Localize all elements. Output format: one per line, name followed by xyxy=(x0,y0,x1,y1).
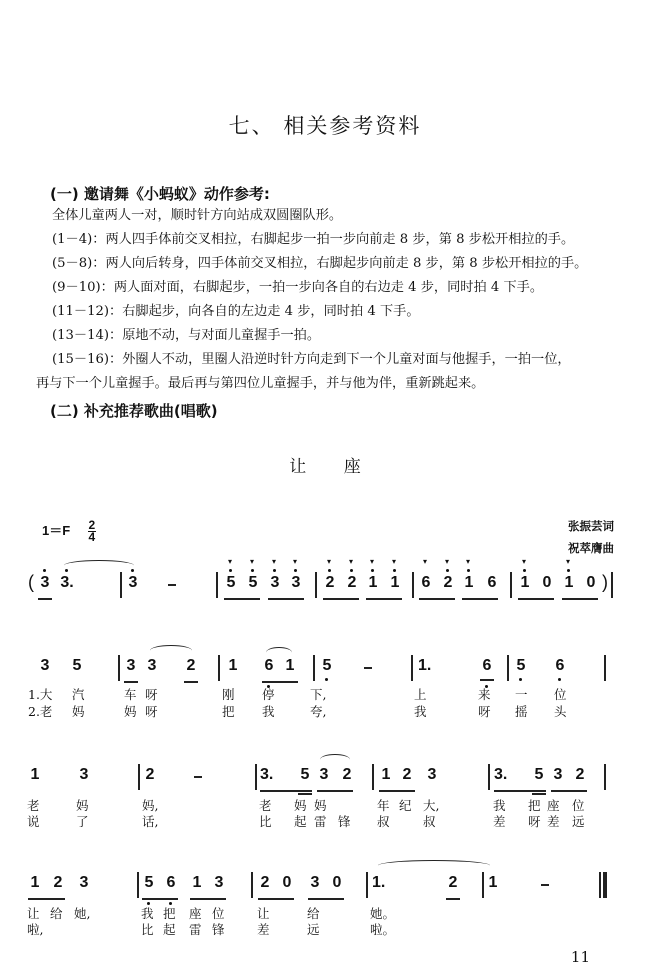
lyric: 我 xyxy=(414,702,427,720)
section-heading-song: (二) 补充推荐歌曲(唱歌) xyxy=(50,400,218,421)
lyric: 叔 xyxy=(423,812,436,830)
lyric: 呀 xyxy=(528,812,541,830)
underline xyxy=(366,598,402,600)
underline xyxy=(184,681,198,683)
note: 3 xyxy=(308,874,322,892)
barline xyxy=(510,572,512,598)
barline xyxy=(411,655,413,681)
final-barline-thick xyxy=(603,872,607,898)
note: 2 xyxy=(573,766,587,784)
underline xyxy=(494,790,546,792)
note: 3 xyxy=(77,874,91,892)
note: 3 xyxy=(38,657,52,675)
paragraph-step-15-16: (15－16)：外圈人不动，里圈人沿逆时针方向走到下一个儿童对面与他握手，一拍一… xyxy=(52,350,571,369)
note: 3. xyxy=(494,766,516,784)
barline xyxy=(138,764,140,790)
lyric: 话, xyxy=(142,812,158,830)
note: 2 xyxy=(184,657,198,675)
note: 1. xyxy=(418,657,440,675)
paren-open: ( xyxy=(26,572,36,593)
lyric: 呀 xyxy=(145,685,158,703)
lyric: 比 xyxy=(141,920,154,938)
note: 3 xyxy=(38,574,52,592)
note: 6 xyxy=(164,874,178,892)
barline xyxy=(611,572,613,598)
note: 1. xyxy=(372,874,394,892)
lyric: 头 xyxy=(554,702,567,720)
lyric: 摇 xyxy=(515,702,528,720)
lyric: 位 xyxy=(554,685,567,703)
paragraph-step-13-14: (13－14)：原地不动，与对面儿童握手一拍。 xyxy=(52,326,320,345)
slur xyxy=(266,647,292,658)
underline xyxy=(124,681,138,683)
note-rest: 0 xyxy=(330,874,344,892)
note: 1 xyxy=(486,874,500,892)
note: 5 xyxy=(320,657,334,675)
note: 1 xyxy=(518,574,532,592)
underline xyxy=(532,793,546,795)
note: 3. xyxy=(60,574,74,592)
lyric: 1.大 xyxy=(28,685,52,703)
lyric: 差 xyxy=(547,812,560,830)
barline xyxy=(412,572,414,598)
lyric: 远 xyxy=(572,812,585,830)
note: 1 xyxy=(562,574,576,592)
lyric: 妈 xyxy=(124,702,137,720)
underline xyxy=(28,898,65,900)
lyricist-credit: 张振芸词 xyxy=(568,518,614,534)
paragraph-formation: 全体儿童两人一对，顺时针方向站成双圆圈队形。 xyxy=(52,206,342,225)
lyric: 差 xyxy=(493,812,506,830)
note: 3 xyxy=(551,766,565,784)
barline xyxy=(137,872,139,898)
underline xyxy=(379,790,415,792)
note: 2 xyxy=(51,874,65,892)
lyric: 2.老 xyxy=(28,702,52,720)
underline xyxy=(268,598,304,600)
note: 1 xyxy=(190,874,204,892)
lyric: 锋 xyxy=(212,920,225,938)
barline xyxy=(604,764,606,790)
page-title: 七、 相关参考资料 xyxy=(0,110,650,140)
lyric: 上 xyxy=(414,685,427,703)
lyric: 呀 xyxy=(478,702,491,720)
lyric: 差 xyxy=(257,920,270,938)
lyric: 呀 xyxy=(145,702,158,720)
barline xyxy=(372,764,374,790)
note: 2 xyxy=(345,574,359,592)
dash-hold xyxy=(194,776,202,778)
note: 3 xyxy=(317,766,331,784)
lyric: 来 xyxy=(478,685,491,703)
underline xyxy=(308,898,344,900)
underline xyxy=(298,793,312,795)
lyric: 妈 xyxy=(72,702,85,720)
note: 1 xyxy=(283,657,297,675)
song-title: 让 座 xyxy=(0,452,650,477)
note: 1 xyxy=(28,874,42,892)
lyric: 啦, xyxy=(27,920,43,938)
underline xyxy=(446,898,460,900)
final-barline-thin xyxy=(599,872,601,898)
lyric: 车 xyxy=(124,685,137,703)
key-signature: 1＝F 2 4 xyxy=(42,520,96,543)
note: 2 xyxy=(446,874,460,892)
song-title-char: 让 xyxy=(289,452,306,477)
lyric: 锋 xyxy=(338,812,351,830)
page-number: 11 xyxy=(571,948,590,966)
underline xyxy=(480,679,494,681)
slur xyxy=(378,860,490,871)
lyric: 停 xyxy=(262,685,275,703)
note: 1 xyxy=(462,574,476,592)
lyric: 刚 xyxy=(222,685,235,703)
slur xyxy=(64,560,134,571)
paragraph-step-11-12: (11－12)：右脚起步，向各自的左边走 4 步，同时拍 4 下手。 xyxy=(52,302,420,321)
underline xyxy=(518,598,554,600)
lyric: 起 xyxy=(294,812,307,830)
lyric: 把 xyxy=(222,702,235,720)
note: 2 xyxy=(441,574,455,592)
lyric: 她, xyxy=(74,904,90,922)
underline xyxy=(224,598,260,600)
time-signature: 2 4 xyxy=(88,520,96,543)
barline xyxy=(218,655,220,681)
note: 1 xyxy=(379,766,393,784)
lyric: 雷 xyxy=(189,920,202,938)
barline xyxy=(488,764,490,790)
lyric: 我 xyxy=(262,702,275,720)
note-rest: 0 xyxy=(584,574,598,592)
barline xyxy=(507,655,509,681)
underline xyxy=(419,598,455,600)
note: 1 xyxy=(366,574,380,592)
underline xyxy=(258,898,294,900)
lyric: 远 xyxy=(307,920,320,938)
note: 6 xyxy=(480,657,494,675)
note: 2 xyxy=(340,766,354,784)
underline xyxy=(462,598,498,600)
underline xyxy=(551,790,587,792)
time-sig-bottom: 4 xyxy=(88,532,95,543)
paragraph-step-15-16-cont: 再与下一个儿童握手。最后再与第四位儿童握手，并与他为伴，重新跳起来。 xyxy=(36,374,484,393)
underline xyxy=(323,598,359,600)
underline xyxy=(562,598,598,600)
note: 6 xyxy=(419,574,433,592)
note-rest: 0 xyxy=(280,874,294,892)
note: 5 xyxy=(298,766,312,784)
note: 5 xyxy=(246,574,260,592)
note: 5 xyxy=(224,574,238,592)
paren-close: ) xyxy=(600,572,610,593)
underline xyxy=(190,898,226,900)
dash-hold xyxy=(168,584,176,586)
lyric: 给 xyxy=(50,904,63,922)
lyric: 汽 xyxy=(72,685,85,703)
note: 3. xyxy=(260,766,282,784)
lyric: 下, xyxy=(310,685,326,703)
note: 3 xyxy=(268,574,282,592)
lyric: 纪 xyxy=(399,796,412,814)
lyric: 了 xyxy=(76,812,89,830)
note-rest: 0 xyxy=(540,574,554,592)
underline xyxy=(38,598,52,600)
lyric: 雷 xyxy=(314,812,327,830)
note: 5 xyxy=(70,657,84,675)
barline xyxy=(118,655,120,681)
underline xyxy=(142,898,178,900)
note: 2 xyxy=(143,766,157,784)
note: 5 xyxy=(514,657,528,675)
section-heading-dance: (一) 邀请舞《小蚂蚁》动作参考: xyxy=(50,183,270,204)
note: 3 xyxy=(289,574,303,592)
note: 1 xyxy=(388,574,402,592)
note: 6 xyxy=(262,657,276,675)
dash-hold xyxy=(364,667,372,669)
note: 2 xyxy=(258,874,272,892)
note: 3 xyxy=(212,874,226,892)
lyric: 一 xyxy=(515,685,528,703)
paragraph-step-9-10: (9－10)：两人面对面，右脚起步，一拍一步向各自的右边走 4 步，同时拍 4 … xyxy=(52,278,543,297)
barline xyxy=(251,872,253,898)
barline xyxy=(216,572,218,598)
barline xyxy=(120,572,122,598)
lyric: 起 xyxy=(163,920,176,938)
lyric: 比 xyxy=(259,812,272,830)
lyric: 叔 xyxy=(377,812,390,830)
barline xyxy=(313,655,315,681)
note: 6 xyxy=(553,657,567,675)
barline xyxy=(315,572,317,598)
key-label: 1＝F xyxy=(42,523,70,538)
lyric: 啦。 xyxy=(370,920,395,938)
composer-credit: 祝萃膺曲 xyxy=(568,540,614,556)
note: 3 xyxy=(124,657,138,675)
paragraph-step-1-4: (1－4)：两人四手体前交叉相拉，右脚起步一拍一步向前走 8 步，第 8 步松开… xyxy=(52,230,574,249)
note: 3 xyxy=(77,766,91,784)
dash-hold xyxy=(541,884,549,886)
note: 6 xyxy=(485,574,499,592)
barline xyxy=(366,872,368,898)
note: 3 xyxy=(425,766,439,784)
note: 1 xyxy=(226,657,240,675)
note: 5 xyxy=(532,766,546,784)
barline xyxy=(255,764,257,790)
barline xyxy=(482,872,484,898)
slur xyxy=(320,754,350,765)
slur xyxy=(150,645,192,656)
note: 5 xyxy=(142,874,156,892)
underline xyxy=(317,790,353,792)
lyric: 说 xyxy=(27,812,40,830)
lyric: 夸, xyxy=(310,702,326,720)
note: 2 xyxy=(400,766,414,784)
note: 2 xyxy=(323,574,337,592)
underline xyxy=(262,681,298,683)
note: 3 xyxy=(145,657,159,675)
note: 3 xyxy=(126,574,140,592)
barline xyxy=(604,655,606,681)
note: 1 xyxy=(28,766,42,784)
paragraph-step-5-8: (5－8)：两人向后转身，四手体前交叉相拉，右脚起步向前走 8 步，第 8 步松… xyxy=(52,254,587,273)
underline xyxy=(260,790,312,792)
song-title-char: 座 xyxy=(344,452,361,477)
